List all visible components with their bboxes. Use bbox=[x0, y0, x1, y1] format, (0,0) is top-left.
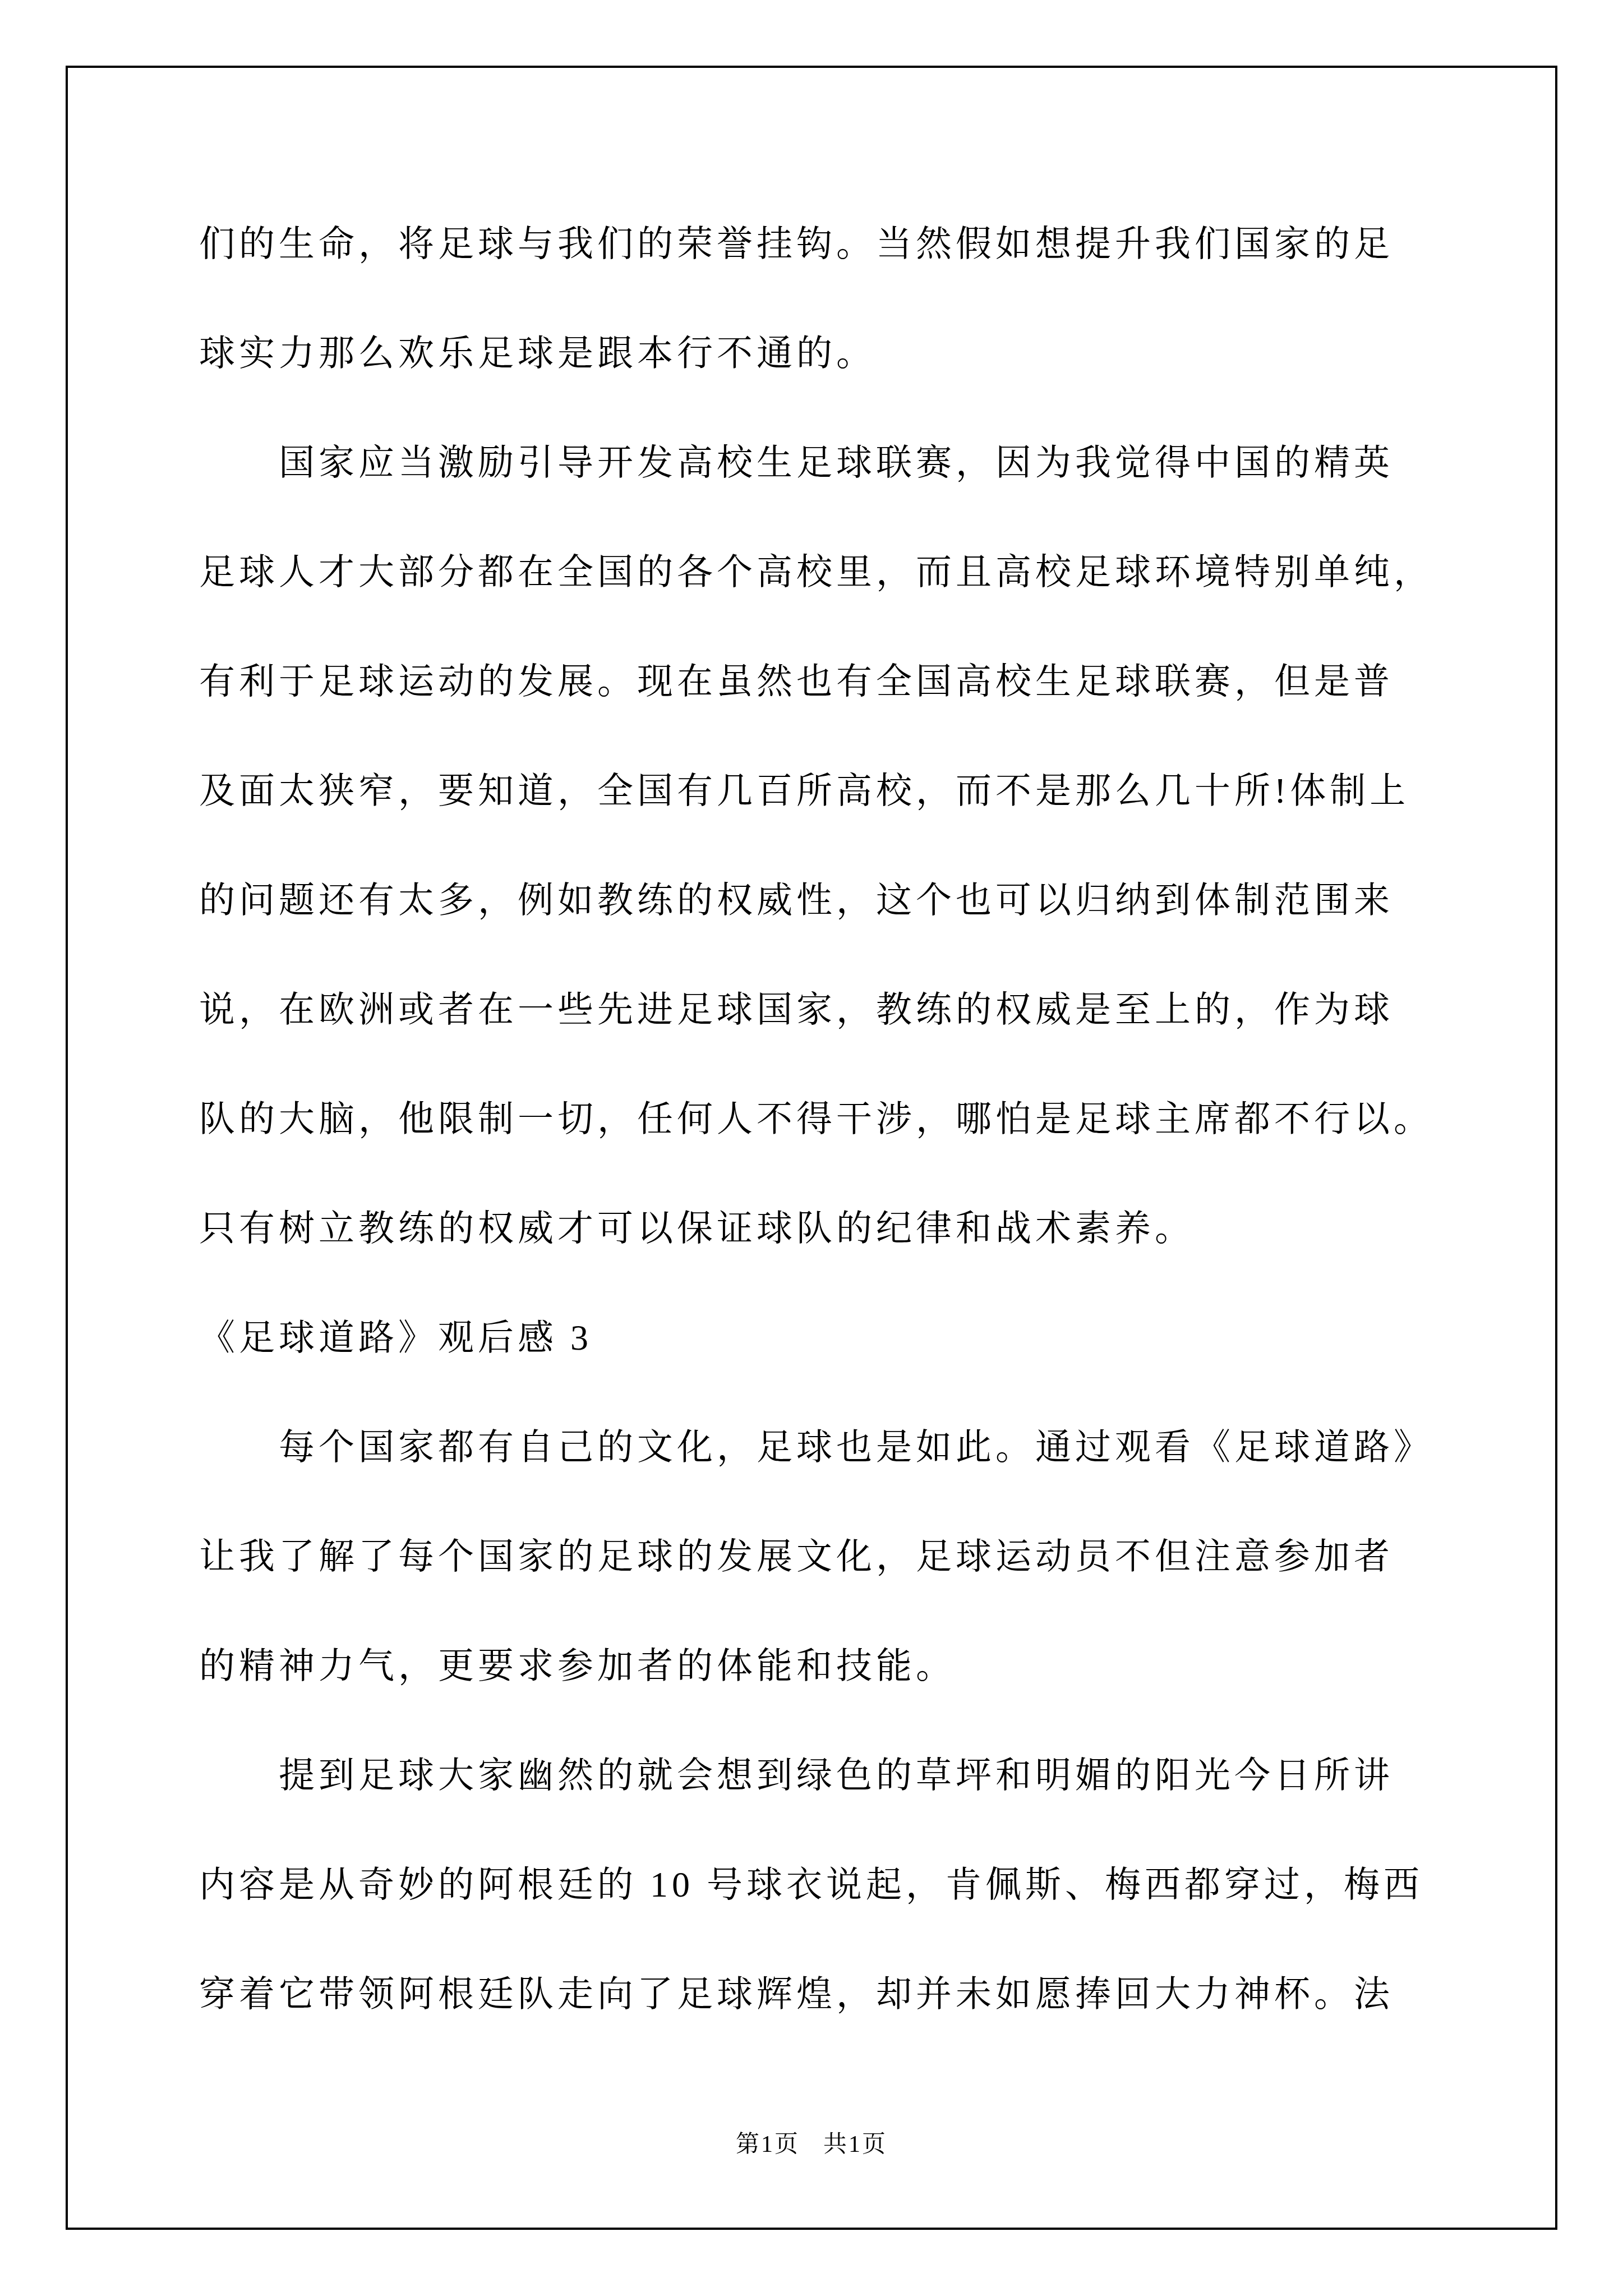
text-line: 让我了解了每个国家的足球的发展文化，足球运动员不但注意参加者 bbox=[199, 1502, 1438, 1611]
text-line: 只有树立教练的权威才可以保证球队的纪律和战术素养。 bbox=[199, 1174, 1438, 1283]
text-line: 足球人才大部分都在全国的各个高校里，而且高校足球环境特别单纯， bbox=[199, 517, 1438, 627]
text-line: 内容是从奇妙的阿根廷的 10 号球衣说起，肯佩斯、梅西都穿过，梅西 bbox=[199, 1830, 1438, 1939]
text-line: 每个国家都有自己的文化，足球也是如此。通过观看《足球道路》 bbox=[199, 1392, 1438, 1502]
text-line: 的问题还有太多，例如教练的权威性，这个也可以归纳到体制范围来 bbox=[199, 845, 1438, 955]
text-line: 的精神力气，更要求参加者的体能和技能。 bbox=[199, 1611, 1438, 1720]
text-line: 们的生命，将足球与我们的荣誉挂钩。当然假如想提升我们国家的足 bbox=[199, 189, 1438, 298]
text-line: 国家应当激励引导开发高校生足球联赛，因为我觉得中国的精英 bbox=[199, 408, 1438, 517]
text-line: 提到足球大家幽然的就会想到绿色的草坪和明媚的阳光今日所讲 bbox=[199, 1720, 1438, 1830]
document-text-block: 们的生命，将足球与我们的荣誉挂钩。当然假如想提升我们国家的足球实力那么欢乐足球是… bbox=[199, 189, 1438, 2049]
text-line: 队的大脑，他限制一切，任何人不得干涉，哪怕是足球主席都不行以。 bbox=[199, 1064, 1438, 1174]
text-line: 《足球道路》观后感 3 bbox=[199, 1283, 1438, 1392]
text-line: 有利于足球运动的发展。现在虽然也有全国高校生足球联赛，但是普 bbox=[199, 627, 1438, 736]
footer-page-number: 第1页 bbox=[736, 2132, 800, 2157]
text-line: 穿着它带领阿根廷队走向了足球辉煌，却并未如愿捧回大力神杯。法 bbox=[199, 1939, 1438, 2049]
text-line: 球实力那么欢乐足球是跟本行不通的。 bbox=[199, 298, 1438, 408]
text-line: 说，在欧洲或者在一些先进足球国家，教练的权威是至上的，作为球 bbox=[199, 955, 1438, 1064]
text-line: 及面太狭窄，要知道，全国有几百所高校，而不是那么几十所!体制上 bbox=[199, 736, 1438, 845]
footer-page-total: 共1页 bbox=[823, 2132, 887, 2157]
page-footer: 第1页共1页 bbox=[0, 2131, 1623, 2159]
